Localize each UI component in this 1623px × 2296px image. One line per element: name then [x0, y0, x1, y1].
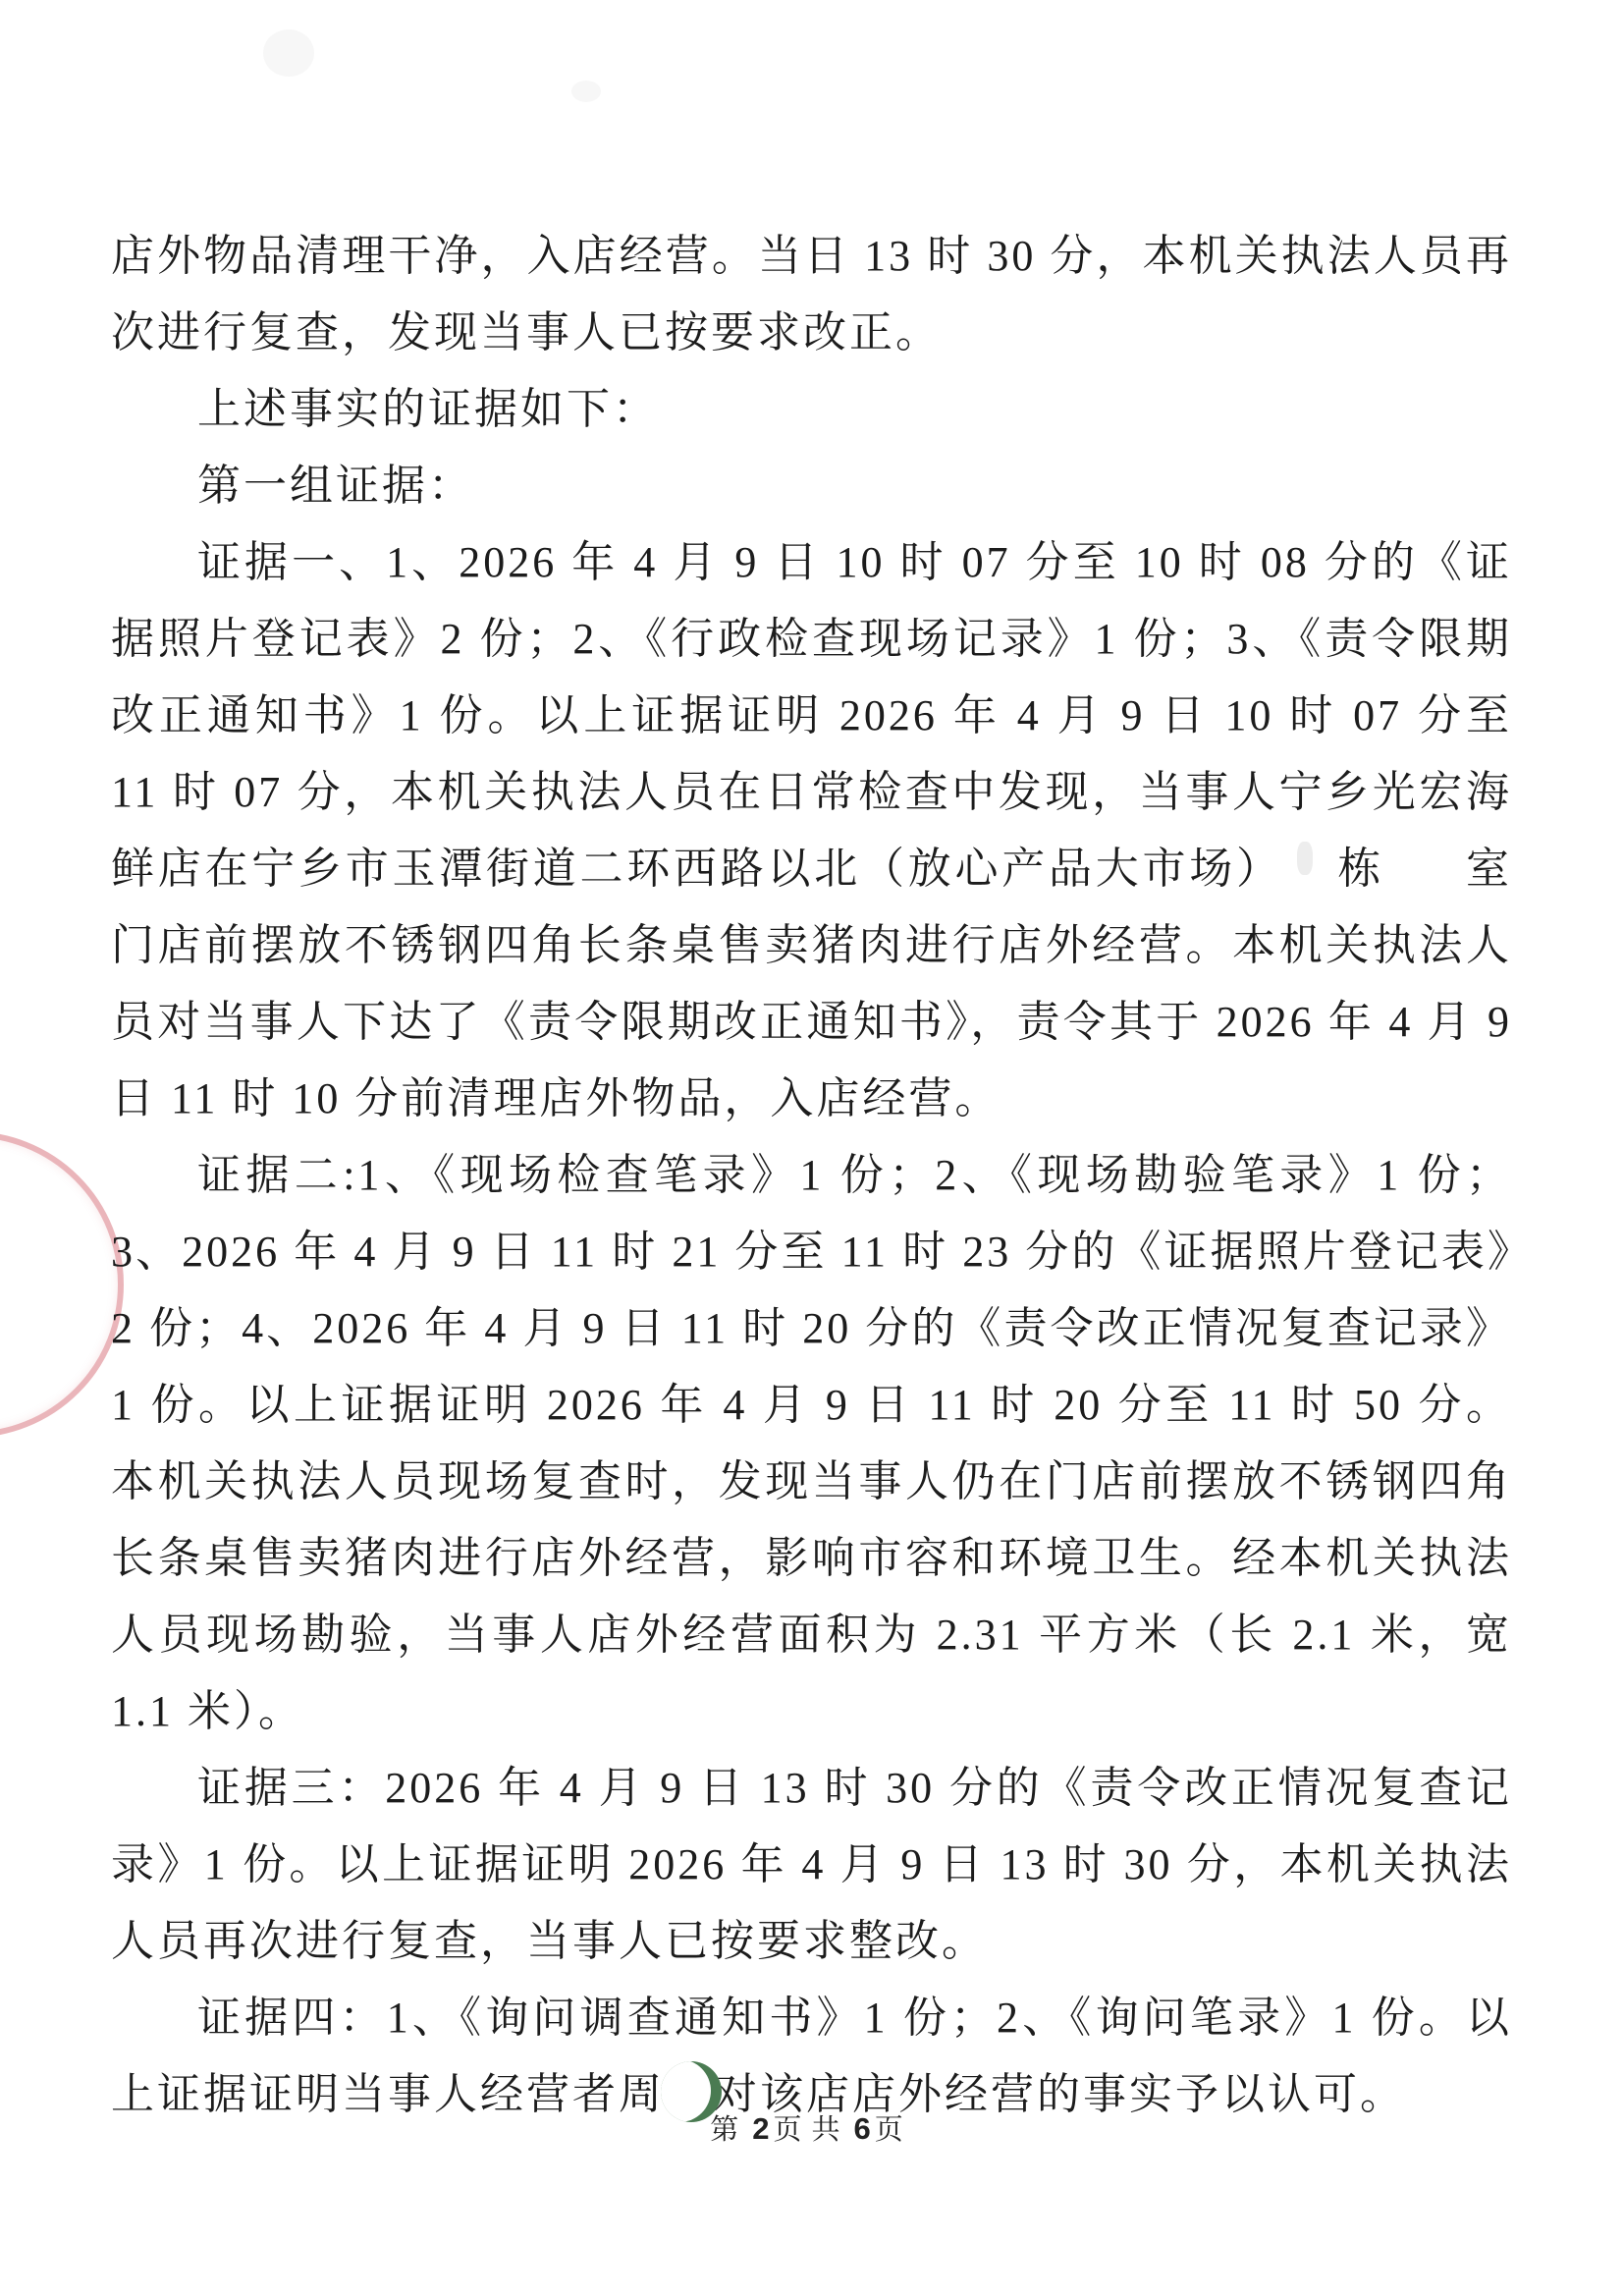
building-unit-label: 栋 — [1337, 845, 1385, 893]
redacted-room-number — [1384, 875, 1465, 883]
paragraph-evidence-group-heading: 第一组证据： — [111, 448, 1512, 524]
footer-label-ye-1: 页 — [773, 2114, 811, 2146]
official-stamp-partial — [0, 1131, 124, 1438]
paragraph-evidence-intro: 上述事实的证据如下： — [111, 371, 1512, 448]
document-page: 店外物品清理干净，入店经营。当日 13 时 30 分，本机关执法人员再次进行复查… — [0, 0, 1623, 2296]
footer-label-gong: 共 — [812, 2114, 850, 2146]
redacted-building-number — [1283, 875, 1337, 883]
paragraph-evidence-two: 证据二:1、《现场检查笔录》1 份；2、《现场勘验笔录》1 份；3、2026 年… — [111, 1137, 1512, 1750]
paragraph-continuation: 店外物品清理干净，入店经营。当日 13 时 30 分，本机关执法人员再次进行复查… — [111, 218, 1512, 371]
scan-smudge — [263, 29, 314, 77]
paragraph-evidence-three: 证据三：2026 年 4 月 9 日 13 时 30 分的《责令改正情况复查记录… — [111, 1750, 1512, 1980]
page-footer: 第2页共6页 — [0, 2107, 1623, 2148]
footer-label-di: 第 — [710, 2114, 748, 2146]
total-page-number: 6 — [850, 2111, 875, 2146]
evidence-one-text-before-building: 证据一、1、2026 年 4 月 9 日 10 时 07 分至 10 时 08 … — [111, 538, 1512, 893]
footer-label-ye-2: 页 — [875, 2114, 913, 2146]
paragraph-evidence-one: 证据一、1、2026 年 4 月 9 日 10 时 07 分至 10 时 08 … — [111, 524, 1512, 1137]
current-page-number: 2 — [748, 2111, 773, 2146]
document-body: 店外物品清理干净，入店经营。当日 13 时 30 分，本机关执法人员再次进行复查… — [111, 218, 1512, 2133]
scan-smudge — [571, 81, 601, 102]
